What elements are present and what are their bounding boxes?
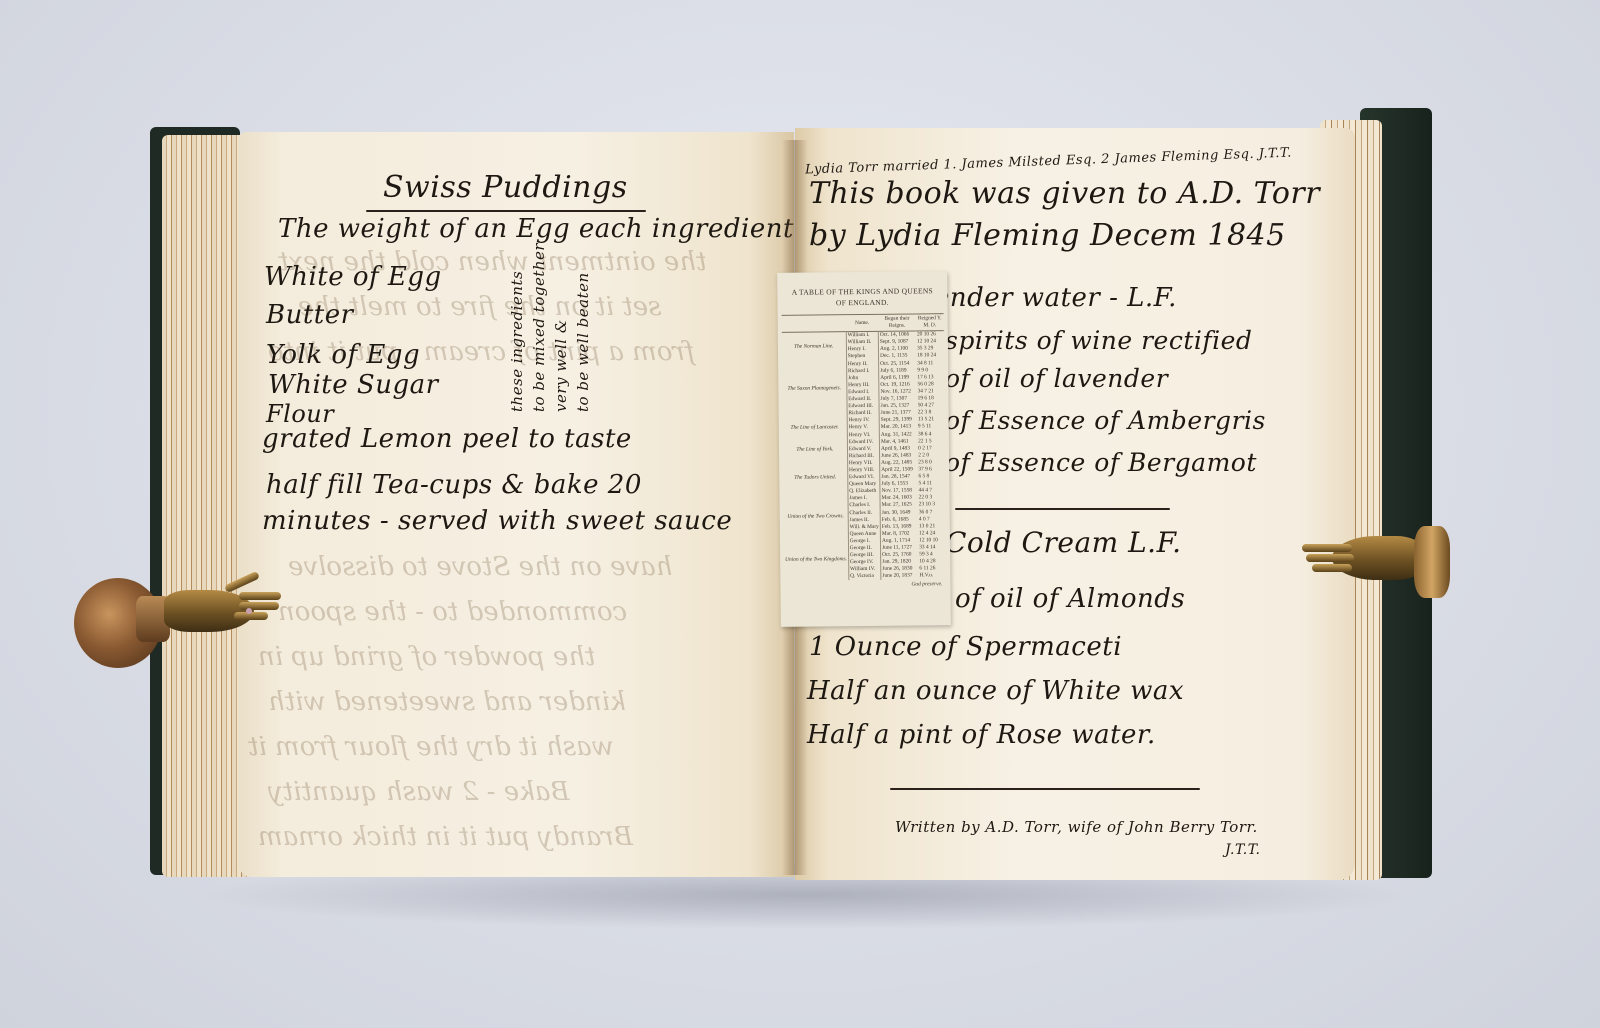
initials: J.T.T.	[1225, 842, 1260, 858]
margin-note: these ingredients to be mixed together v…	[506, 243, 594, 412]
monarchs-table: Name. Began their Reigns. Reigned Y. M. …	[782, 313, 947, 581]
monarch-name: Queen Anne	[848, 531, 880, 538]
col-name: Name.	[846, 314, 878, 332]
recipe-line: Half an ounce of White wax	[807, 676, 1184, 706]
slip-title-line2: OF ENGLAND.	[777, 296, 947, 309]
left-page: the ointment when cold the next set it o…	[238, 132, 794, 877]
recipe-line: Half a pint of Rose water.	[807, 720, 1156, 750]
recipe-line: of Essence of Bergamot	[945, 448, 1257, 477]
recipe-line: of Essence of Ambergris	[945, 406, 1266, 435]
ring-gem-icon	[246, 608, 252, 614]
reign-start: June 20, 1837	[881, 573, 919, 580]
house-label: Union of the Two Crowns.	[783, 496, 848, 539]
recipe-line: minutes - served with sweet sauce	[262, 506, 732, 536]
recipe-line: White of Egg	[264, 262, 442, 292]
recipe-line: The weight of an Egg each ingredient	[278, 214, 794, 244]
ownership-inscription: Lydia Torr married 1. James Milsted Esq.…	[805, 146, 1292, 178]
kings-queens-table-slip: A TABLE OF THE KINGS AND QUEENS OF ENGLA…	[777, 271, 951, 627]
recipe-line: spirits of wine rectified	[945, 326, 1252, 355]
title-underline	[366, 210, 646, 212]
reign-length: H.V.o.	[918, 573, 946, 580]
house-label: The Norman Line.	[782, 332, 847, 362]
recipe-line: grated Lemon peel to taste	[262, 424, 632, 454]
house-label: Union of the Two Kingdoms.	[784, 538, 849, 581]
recipe-line: of oil of lavender	[945, 364, 1168, 393]
recipe-line: of oil of Almonds	[955, 584, 1185, 614]
house-label: The Tudors United.	[783, 460, 848, 496]
signature-line: Written by A.D. Torr, wife of John Berry…	[895, 818, 1258, 836]
recipe-line: Cold Cream L.F.	[945, 526, 1182, 559]
dedication-line: This book was given to A.D. Torr	[809, 176, 1320, 211]
recipe-line: Butter	[266, 300, 354, 330]
col-began: Began their Reigns.	[878, 314, 916, 332]
house-label: The Line of York.	[783, 439, 847, 461]
recipe-title: Swiss Puddings	[383, 170, 628, 205]
reign-start: Aug. 31, 1422	[879, 431, 917, 438]
slip-footer: God preserve.	[780, 582, 942, 590]
monarch-name: Q. Victoria	[849, 573, 881, 580]
house-label: The Saxon Plantagenets.	[782, 361, 847, 418]
brass-hand-clasp-right	[1302, 522, 1462, 602]
recipe-line: 1 Ounce of Spermaceti	[809, 632, 1122, 662]
dedication-line: by Lydia Fleming Decem 1845	[809, 218, 1286, 253]
house-label: The Line of Lancaster.	[783, 417, 847, 439]
recipe-line: White Sugar	[268, 370, 439, 400]
recipe-line: Yolk of Egg	[266, 340, 420, 370]
section-divider	[955, 508, 1170, 510]
clasp-cuff-icon	[1414, 526, 1450, 598]
slip-title-line1: A TABLE OF THE KINGS AND QUEENS	[777, 285, 947, 298]
closing-rule	[890, 788, 1200, 790]
recipe-line: half fill Tea-cups & bake 20	[266, 470, 642, 500]
col-reigned: Reigned Y. M. D.	[916, 314, 944, 331]
brass-hand-clasp-left	[74, 568, 284, 678]
